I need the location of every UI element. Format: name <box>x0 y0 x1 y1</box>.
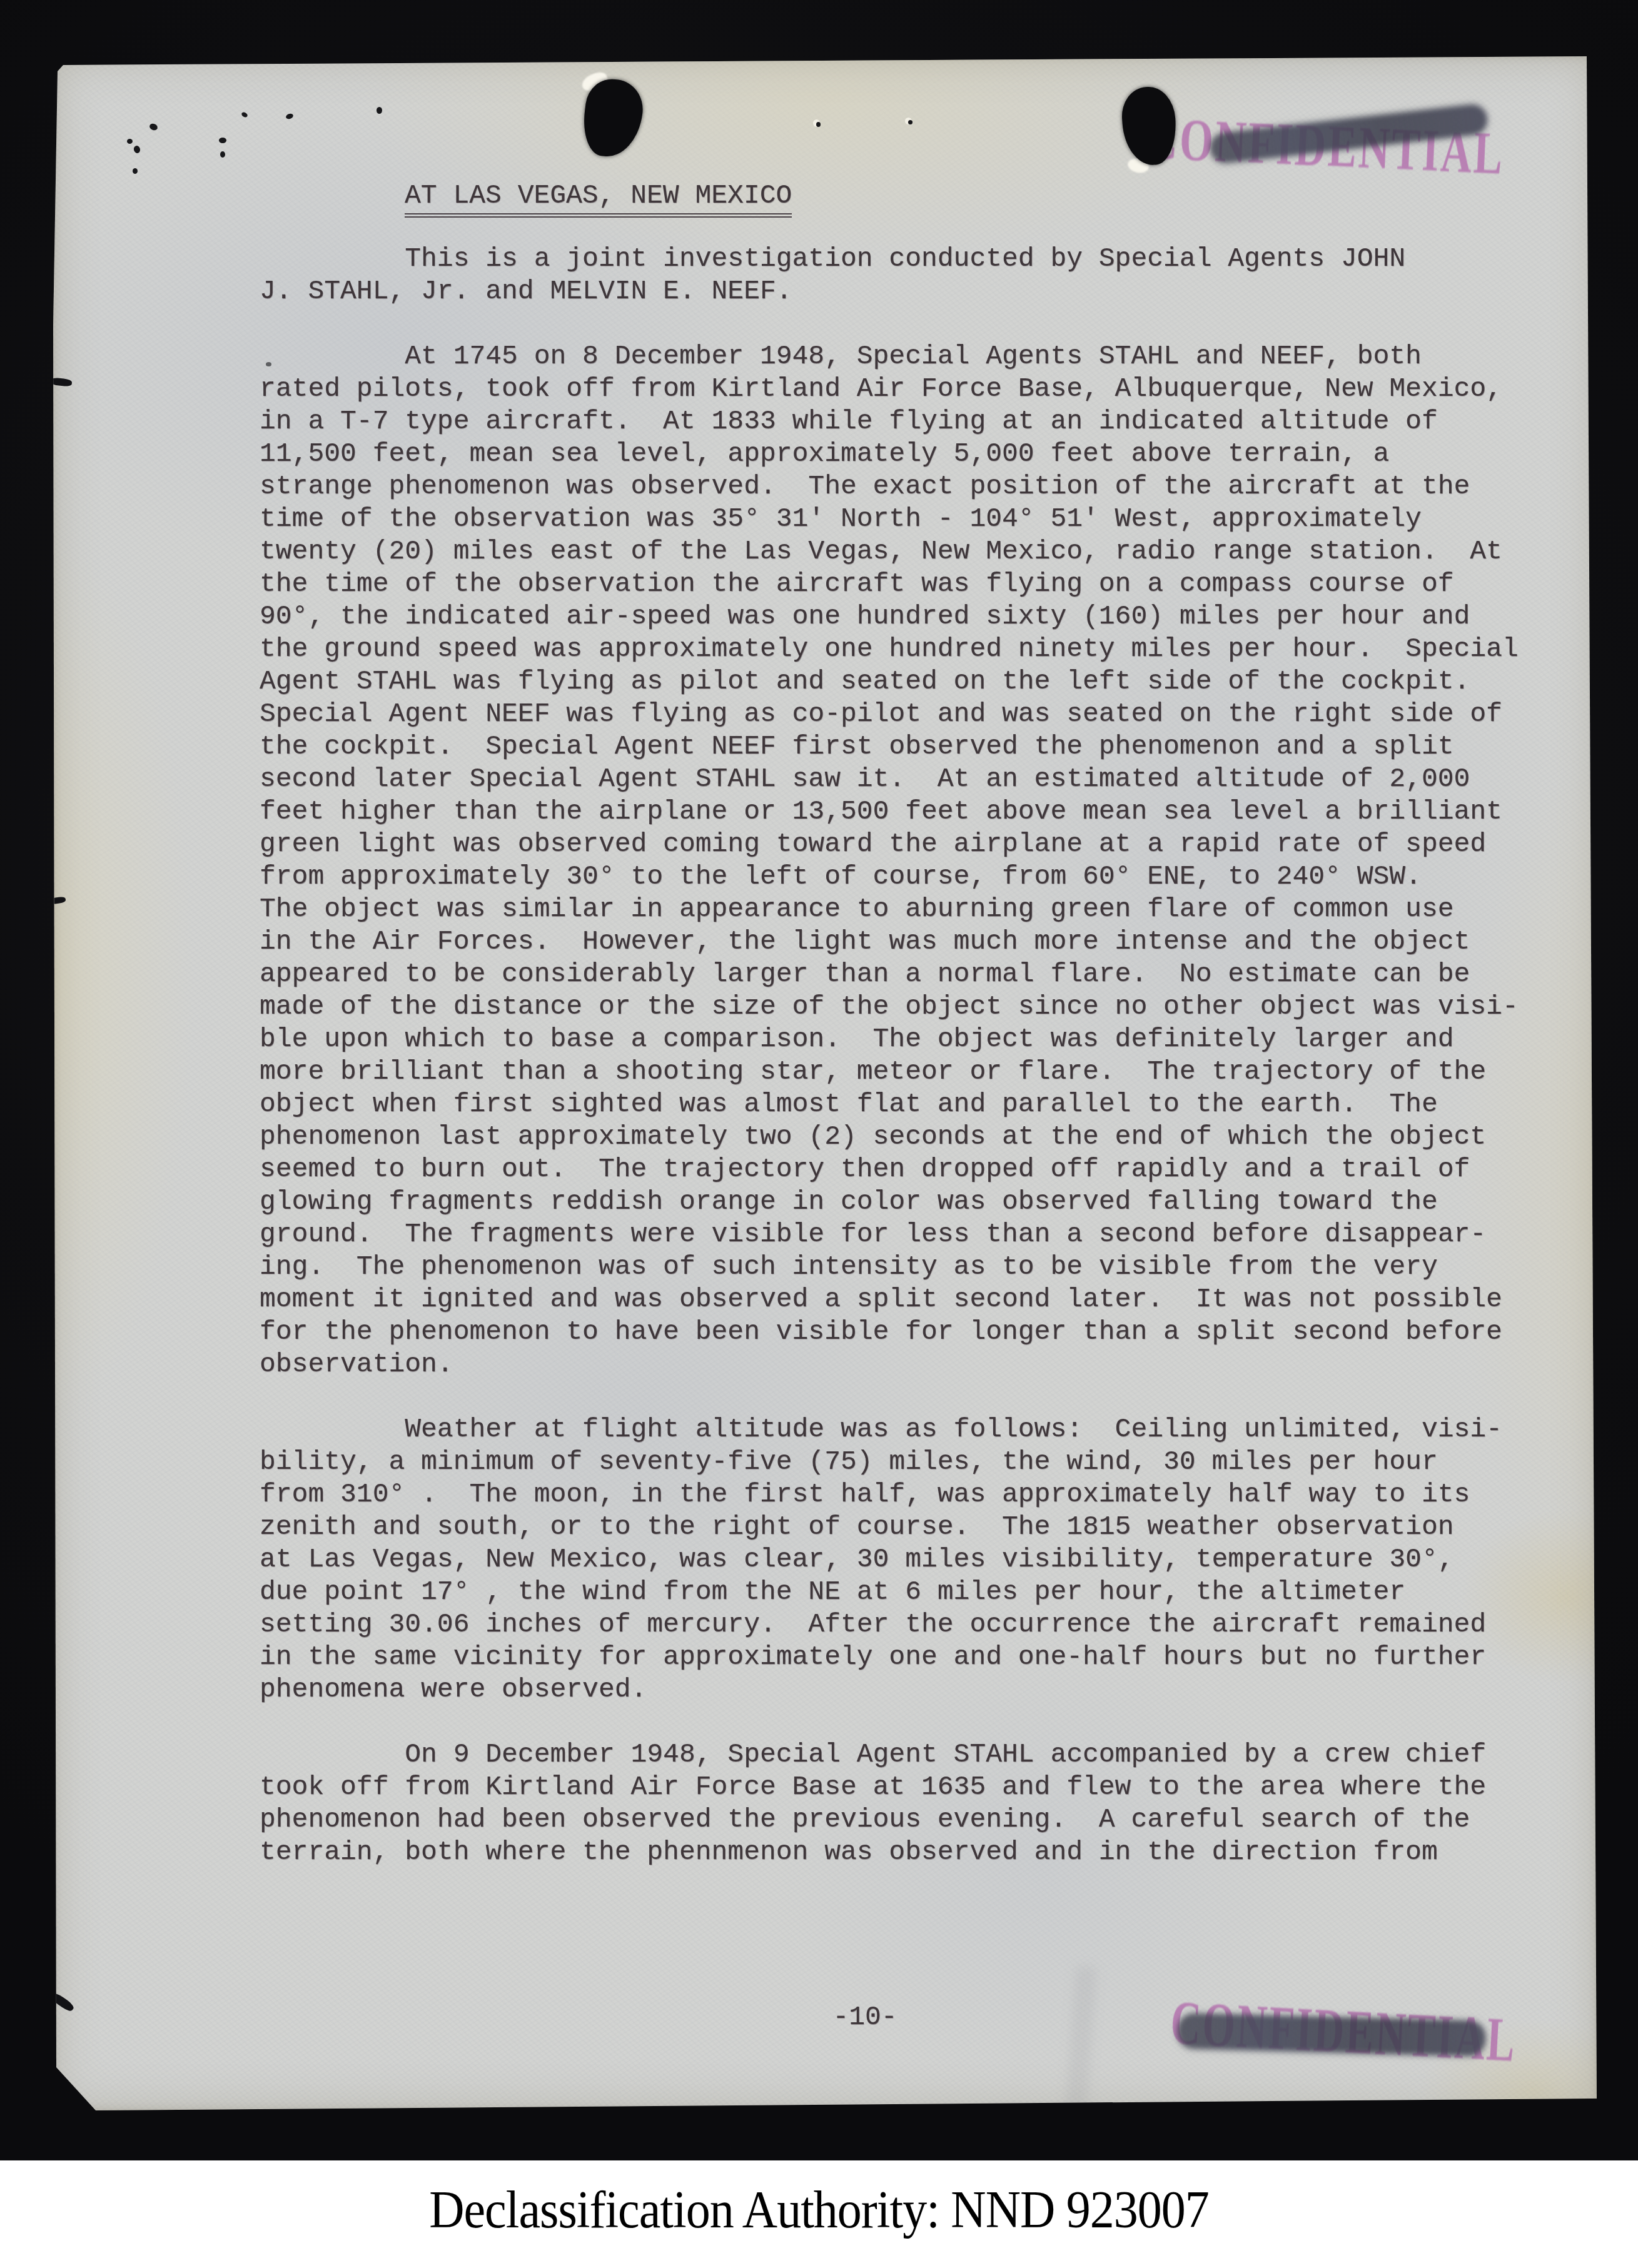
paper-crease-shadow <box>1063 1966 1096 2142</box>
edge-nick <box>49 896 66 905</box>
page-number: -10- <box>802 2001 928 2034</box>
paper-speck <box>241 111 248 118</box>
edge-nick <box>50 377 72 386</box>
paragraph-intro: This is a joint investigation conducted … <box>260 243 1560 308</box>
declassification-banner: Declassification Authority: NND 923007 <box>0 2160 1638 2268</box>
paragraph-followup: On 9 December 1948, Special Agent STAHL … <box>260 1738 1560 1868</box>
paper-pinhole <box>908 120 913 124</box>
paragraph-weather: Weather at flight altitude was as follow… <box>260 1413 1560 1706</box>
paper-speck <box>133 145 141 154</box>
paper-speck <box>149 123 159 131</box>
scanner-background: { "doc": { "title": "AT LAS VEGAS, NEW M… <box>0 0 1638 2268</box>
document-page: AT LAS VEGAS, NEW MEXICO This is a joint… <box>53 56 1597 2110</box>
paragraph-sighting: At 1745 on 8 December 1948, Special Agen… <box>260 340 1560 1381</box>
paper-speck <box>127 139 133 144</box>
document-body: This is a joint investigation conducted … <box>260 243 1560 1868</box>
paper-speck <box>219 138 226 143</box>
paper-speck <box>220 151 225 158</box>
paper-speck <box>377 107 382 114</box>
paper-speck <box>133 168 138 174</box>
edge-nick <box>50 1992 76 2013</box>
paper-speck <box>266 362 271 366</box>
page-title: AT LAS VEGAS, NEW MEXICO <box>405 179 792 218</box>
paper-pinhole <box>816 122 821 127</box>
paper-speck <box>285 113 294 120</box>
declassification-authority-text: Declassification Authority: NND 923007 <box>429 2179 1209 2240</box>
